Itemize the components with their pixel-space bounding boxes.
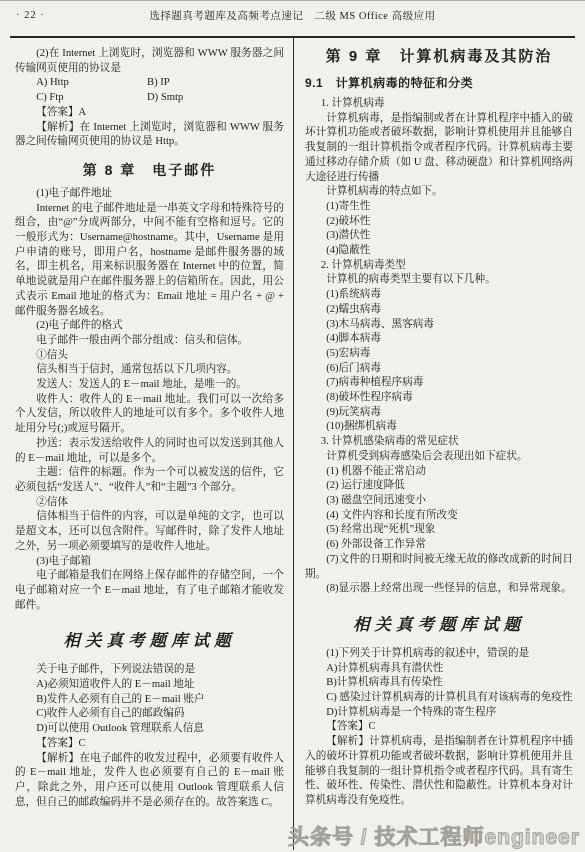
subsection-heading: (3)电子邮箱 — [15, 555, 284, 570]
option-b: B) IP — [147, 76, 170, 91]
option-c: C) 感染过计算机病毒的计算机具有对该病毒的免疫性 — [305, 691, 573, 706]
list-item: (6)后门病毒 — [305, 362, 573, 377]
question-stem: (2)在 Internet 上浏览时，浏览器和 WWW 服务器之间传输网页使用的… — [15, 47, 284, 76]
list-item: (9)玩笑病毒 — [305, 406, 573, 421]
option-b: B)发件人必须有自己的 E－mail 账户 — [15, 693, 284, 708]
answer-line: 【答案】C — [305, 720, 573, 735]
page-number: · 22 · — [16, 10, 45, 21]
circled-heading: ②信体 — [15, 496, 284, 511]
options-row: C) Ftp D) Smtp — [15, 91, 284, 106]
question-stem: 关于电子邮件，下列说法错误的是 — [15, 663, 284, 678]
option-d: D)可以使用 Outlook 管理联系人信息 — [15, 722, 284, 737]
chapter-8-heading: 第 8 章 电子邮件 — [15, 160, 284, 180]
list-item: (2) 运行速度降低 — [305, 479, 573, 494]
list-item: (2)破坏性 — [305, 215, 573, 230]
list-item: (7)病毒种植程序病毒 — [305, 376, 573, 391]
numbered-heading: 1. 计算机病毒 — [305, 97, 573, 112]
list-item: (1)寄生性 — [305, 200, 573, 215]
exam-bank-heading: 相关真考题库试题 — [305, 611, 573, 635]
body-paragraph: 电子邮箱是我们在网络上保存邮件的存储空间，一个电子邮箱对应一个 E－mail 地… — [15, 569, 284, 613]
two-column-body: (2)在 Internet 上浏览时，浏览器和 WWW 服务器之间传输网页使用的… — [10, 38, 575, 850]
body-paragraph: 计算机受到病毒感染后会表现出如下症状。 — [305, 450, 573, 465]
list-item: (3) 磁盘空间迅速变小 — [305, 494, 573, 509]
body-paragraph: (8)显示器上经常出现一些怪异的信息，和异常现象。 — [305, 582, 573, 597]
list-item: (4) 文件内容和长度有所改变 — [305, 509, 573, 524]
body-paragraph: 信头相当于信封，通常包括以下几项内容。 — [15, 363, 284, 378]
body-paragraph: 信体相当于信件的内容，可以是单纯的文字，也可以是超文本，还可以包含附件。写邮件时… — [15, 510, 284, 554]
body-paragraph: Internet 的电子邮件地址是一串英文字母和特殊符号的组合，由“@”分成两部… — [15, 202, 284, 320]
list-item: (4)隐蔽性 — [305, 244, 573, 259]
page-header: · 22 · 选择题真考题库及高频考点速记 二级 MS Office 高级应用 — [0, 1, 585, 32]
option-d: D) Smtp — [147, 91, 183, 106]
body-paragraph: 收件人：收件人的 E－mail 地址。我们可以一次给多个人发信，所以收件人的地址… — [15, 393, 284, 437]
body-paragraph: 抄送：表示发送给收件人的同时也可以发送到其他人的 E－mail 地址，可以是多个… — [15, 437, 284, 466]
body-paragraph: 计算机病毒的特点如下。 — [305, 185, 573, 200]
list-item: (4)脚本病毒 — [305, 332, 573, 347]
right-column: 第 9 章 计算机病毒及其防治 9.1 计算机病毒的特征和分类 1. 计算机病毒… — [294, 38, 575, 850]
options-row: A) Http B) IP — [15, 76, 284, 91]
section-9-1-heading: 9.1 计算机病毒的特征和分类 — [305, 74, 573, 91]
body-paragraph: 主题：信件的标题。作为一个可以被发送的信件，它必须包括“发送人”、“收件人”和“… — [15, 466, 284, 495]
list-item: (10)捆绑机病毒 — [305, 420, 573, 435]
list-item: (5) 经常出现“死机”现象 — [305, 523, 573, 538]
exam-bank-heading: 相关真考题库试题 — [15, 627, 284, 651]
list-item: (1) 机器不能正常启动 — [305, 465, 573, 480]
book-page: · 22 · 选择题真考题库及高频考点速记 二级 MS Office 高级应用 … — [0, 0, 585, 852]
running-head-title: 选择题真考题库及高频考点速记 二级 MS Office 高级应用 — [0, 8, 585, 23]
list-item: (3)木马病毒、黑客病毒 — [305, 318, 573, 333]
subsection-heading: (2)电子邮件的格式 — [15, 319, 284, 334]
analysis-paragraph: 【解析】计算机病毒，是指编制者在计算机程序中插入的破坏计算机功能或者破坏数据，影… — [305, 735, 573, 809]
option-a: A)计算机病毒具有潜伏性 — [305, 662, 573, 677]
list-item: (1)系统病毒 — [305, 288, 573, 303]
numbered-heading: 2. 计算机病毒类型 — [305, 259, 573, 274]
list-item: (2)蠕虫病毒 — [305, 303, 573, 318]
analysis-paragraph: 【解析】在电子邮件的收发过程中，必须要有收件人的 E－mail 地址，发件人也必… — [15, 752, 284, 811]
circled-heading: ①信头 — [15, 349, 284, 364]
answer-line: 【答案】A — [15, 106, 284, 121]
left-column: (2)在 Internet 上浏览时，浏览器和 WWW 服务器之间传输网页使用的… — [10, 38, 294, 850]
body-paragraph: 电子邮件一般由两个部分组成：信头和信体。 — [15, 334, 284, 349]
answer-line: 【答案】C — [15, 737, 284, 752]
question-stem: (1)下列关于计算机病毒的叙述中，错误的是 — [305, 647, 573, 662]
numbered-heading: 3. 计算机感染病毒的常见症状 — [305, 435, 573, 450]
chapter-9-heading: 第 9 章 计算机病毒及其防治 — [305, 45, 573, 66]
body-paragraph: 发送人：发送人的 E－mail 地址，是唯一的。 — [15, 378, 284, 393]
option-d: D)计算机病毒是一个特殊的寄生程序 — [305, 706, 573, 721]
analysis-paragraph: 【解析】在 Internet 上浏览时，浏览器和 WWW 服务器之间传输网页使用… — [15, 121, 284, 150]
option-c: C) Ftp — [15, 91, 147, 106]
list-item: (3)潜伏性 — [305, 229, 573, 244]
option-c: C)收件人必须有自己的邮政编码 — [15, 707, 284, 722]
option-a: A)必须知道收件人的 E－mail 地址 — [15, 678, 284, 693]
body-paragraph: (7)文件的日期和时间被无缘无故的修改成新的时间日期。 — [305, 553, 573, 582]
option-a: A) Http — [15, 76, 147, 91]
option-b: B)计算机病毒具有传染性 — [305, 676, 573, 691]
subsection-heading: (1)电子邮件地址 — [15, 187, 284, 202]
list-item: (8)破坏性程序病毒 — [305, 391, 573, 406]
body-paragraph: 计算机的病毒类型主要有以下几种。 — [305, 273, 573, 288]
list-item: (6) 外部设备工作异常 — [305, 538, 573, 553]
body-paragraph: 计算机病毒，是指编制或者在计算机程序中插入的破坏计算机功能或者破坏数据，影响计算… — [305, 112, 573, 186]
list-item: (5)宏病毒 — [305, 347, 573, 362]
